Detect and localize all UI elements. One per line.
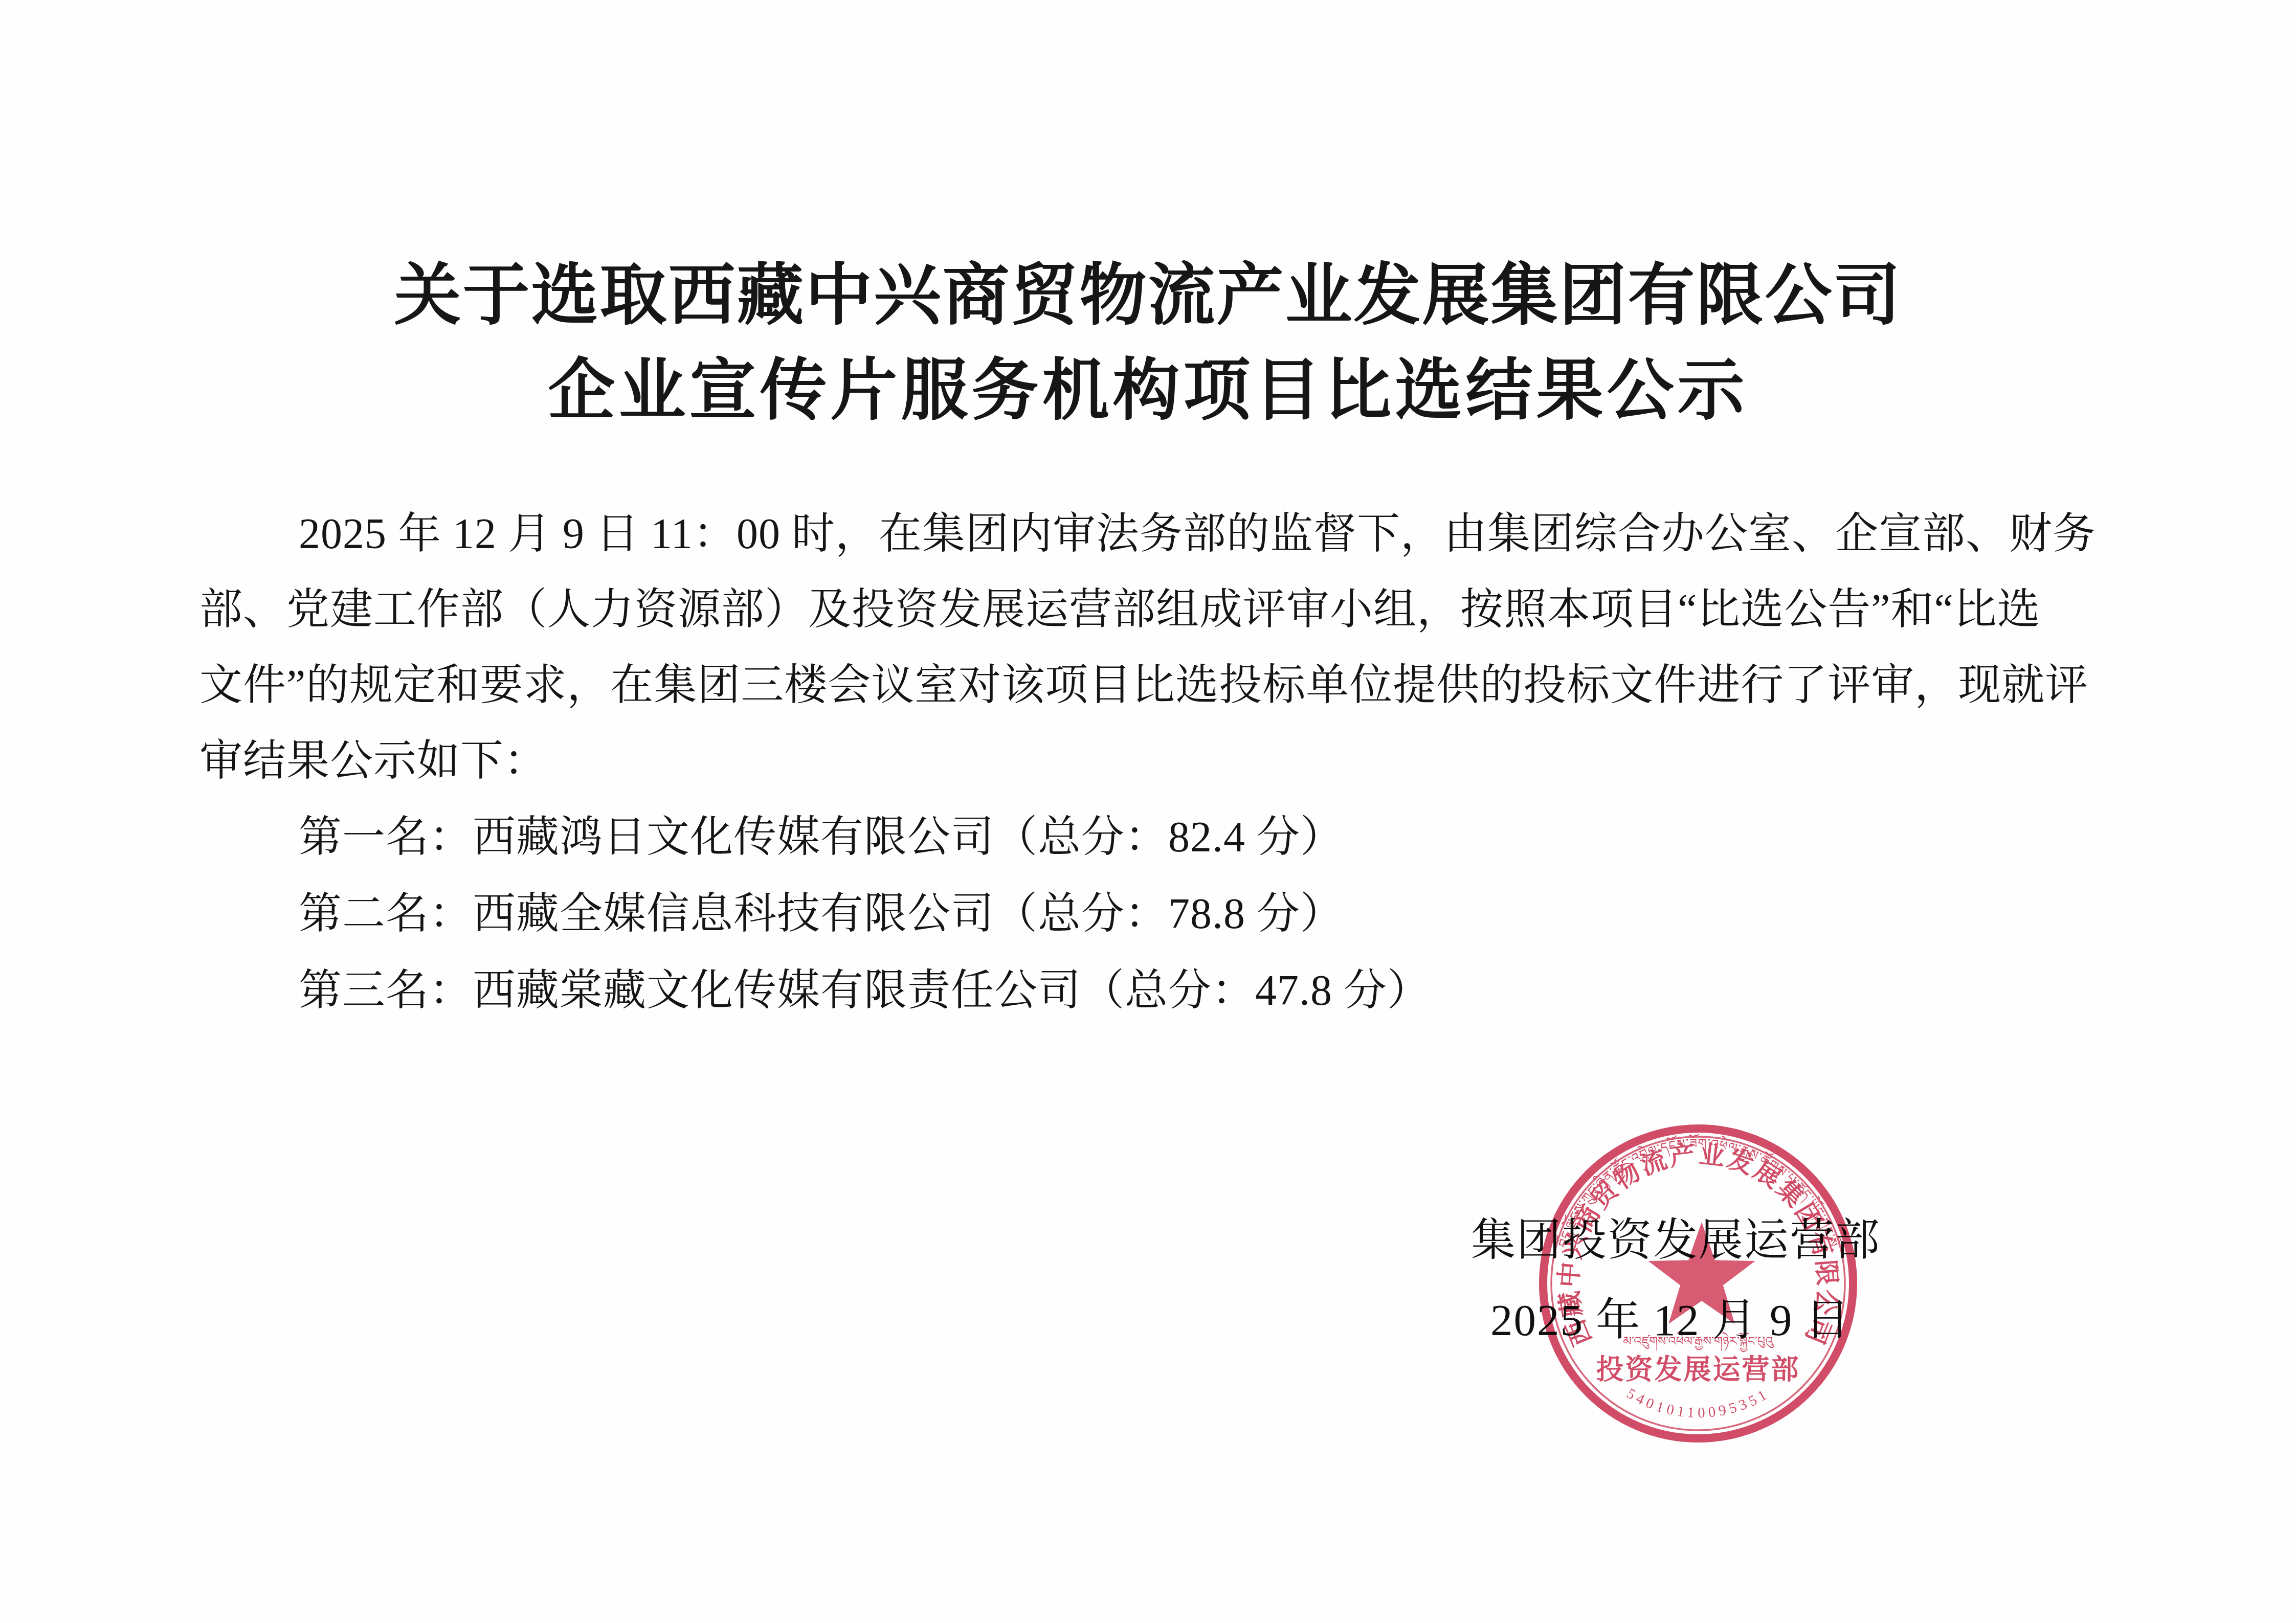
scanned-document-page: 关于选取西藏中兴商贸物流产业发展集团有限公司 企业宣传片服务机构项目比选结果公示… xyxy=(0,0,2296,1623)
ranking-first-place: 第一名：西藏鸿日文化传媒有限公司（总分：82.4 分） xyxy=(299,816,1344,859)
star-icon xyxy=(1648,1222,1755,1324)
ranking-second-place: 第二名：西藏全媒信息科技有限公司（总分：78.8 分） xyxy=(299,893,1344,936)
paragraph-line-1: 2025 年 12 月 9 日 11：00 时，在集团内审法务部的监督下，由集团… xyxy=(299,513,2096,556)
stamp-tibetan-bottom-line: མ་འཛུགས་འཕེལ་རྒྱས་གཉེར་སྐྱོང་པུའུ xyxy=(1623,1332,1774,1352)
paragraph-line-3: 文件”的规定和要求，在集团三楼会议室对该项目比选投标单位提供的投标文件进行了评审… xyxy=(199,664,2088,707)
ranking-third-place: 第三名：西藏棠藏文化传媒有限责任公司（总分：47.8 分） xyxy=(299,970,1431,1012)
stamp-serial-number: 54010110095351 xyxy=(1623,1385,1772,1421)
paragraph-line-2: 部、党建工作部（人力资源部）及投资发展运营部组成评审小组，按照本项目“比选公告”… xyxy=(199,589,2041,632)
paragraph-line-4: 审结果公示如下： xyxy=(199,740,547,783)
document-title-line1: 关于选取西藏中兴商贸物流产业发展集团有限公司 xyxy=(0,241,2296,337)
stamp-department-name: 投资发展运营部 xyxy=(1596,1355,1800,1385)
document-title-line2: 企业宣传片服务机构项目比选结果公示 xyxy=(0,336,2296,433)
official-seal-stamp: བོད་ལྗོངས་ཀྲུང་ཞིན་ཚོང་འབྲེལ་དངོས་ཟོག་འཕ… xyxy=(1527,1112,1869,1455)
